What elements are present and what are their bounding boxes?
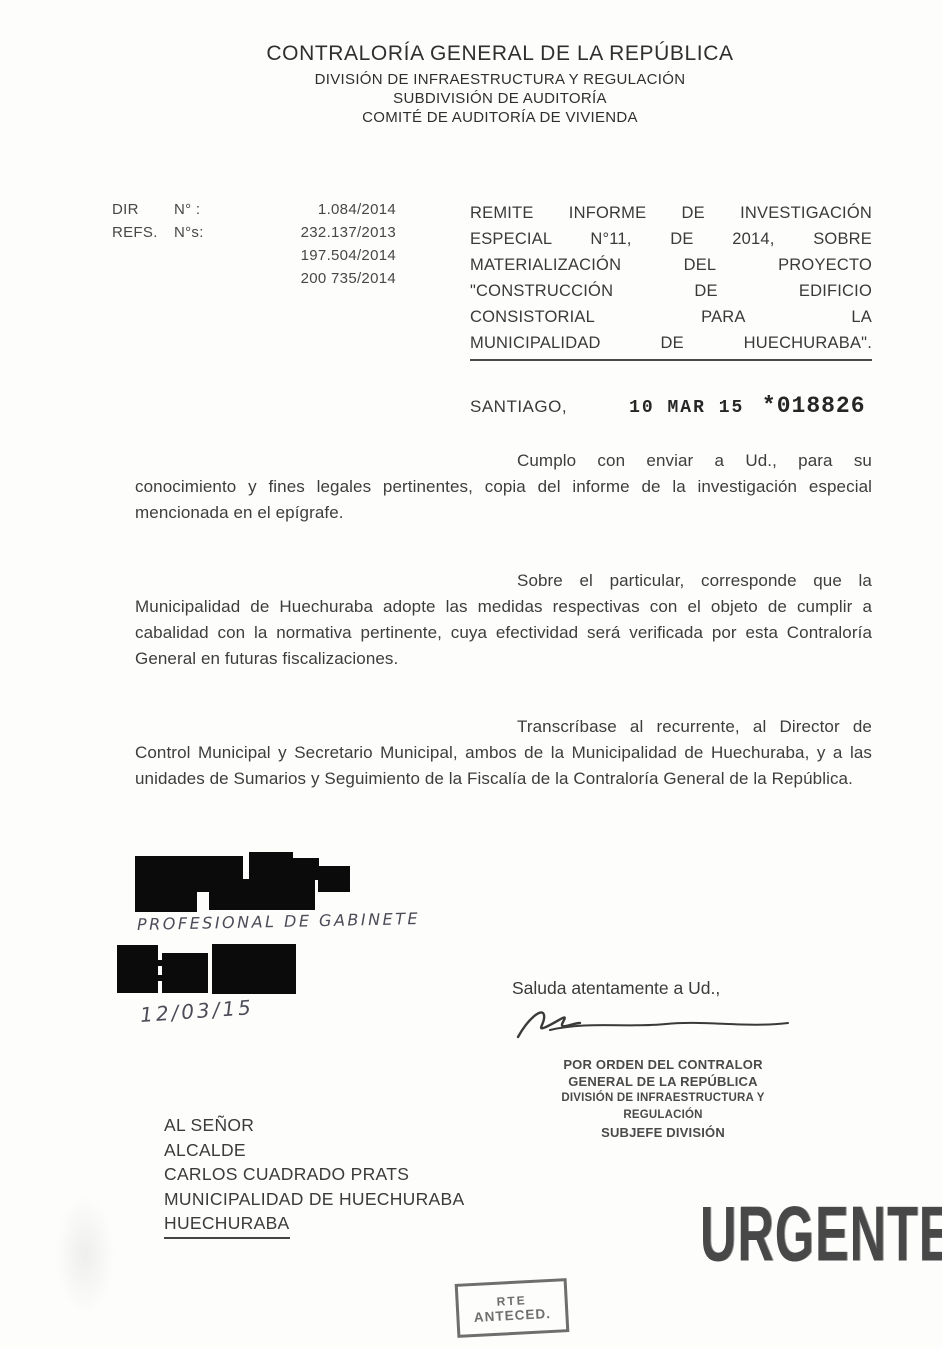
org-subdivision: SUBDIVISIÓN DE AUDITORÍA: [160, 89, 840, 108]
stamp-line: POR ORDEN DEL CONTRALOR: [528, 1056, 798, 1073]
ref-value: 197.504/2014: [234, 247, 396, 264]
ref-label: [112, 270, 174, 287]
org-division: DIVISIÓN DE INFRAESTRUCTURA Y REGULACIÓN: [160, 70, 840, 89]
scan-smudge: [55, 1195, 115, 1315]
ref-value: 1.084/2014: [234, 201, 396, 218]
ref-num-label: N°s:: [174, 224, 234, 241]
authority-stamp: POR ORDEN DEL CONTRALOR GENERAL DE LA RE…: [528, 1056, 798, 1141]
stamp-line: GENERAL DE LA REPÚBLICA: [528, 1073, 798, 1090]
ref-num-label: N° :: [174, 201, 234, 218]
signature-scribble: [508, 1003, 798, 1050]
letter-body: Cumplo con enviar a Ud., para su conocim…: [135, 448, 872, 834]
ref-value: 200 735/2014: [234, 270, 396, 287]
stamp-line: SUBJEFE DIVISIÓN: [528, 1124, 798, 1141]
ref-value: 232.137/2013: [234, 224, 396, 241]
stamp-number: *018826: [762, 393, 866, 419]
subject-line-underlined: MUNICIPALIDAD DE HUECHURABA".: [470, 330, 872, 361]
subject-line: ESPECIAL N°11, DE 2014, SOBRE: [470, 226, 872, 252]
paragraph-1: Cumplo con enviar a Ud., para su conocim…: [135, 448, 872, 526]
recipient-line: ALCALDE: [164, 1138, 464, 1163]
stamp-line: DIVISIÓN DE INFRAESTRUCTURA Y REGULACIÓN: [528, 1090, 798, 1124]
paragraph-2: Sobre el particular, corresponde que la …: [135, 568, 872, 672]
reference-block: DIR N° : 1.084/2014 REFS. N°s: 232.137/2…: [112, 201, 396, 287]
city-label: SANTIAGO,: [470, 397, 567, 417]
recipient-block: AL SEÑOR ALCALDE CARLOS CUADRADO PRATS M…: [164, 1113, 464, 1239]
ref-label: REFS.: [112, 224, 174, 241]
receipt-stamp: RTE ANTECED.: [455, 1278, 570, 1338]
urgent-stamp: URGENTE: [700, 1190, 942, 1280]
paragraph-3: Transcríbase al recurrente, al Director …: [135, 714, 872, 792]
letterhead: CONTRALORÍA GENERAL DE LA REPÚBLICA DIVI…: [160, 42, 840, 127]
subject-line: CONSISTORIAL PARA LA: [470, 304, 872, 330]
handwritten-role: PROFESIONAL DE GABINETE: [137, 909, 420, 934]
org-committee: COMITÉ DE AUDITORÍA DE VIVIENDA: [160, 108, 840, 127]
handwritten-date: 12/03/15: [139, 995, 254, 1027]
ref-label: [112, 247, 174, 264]
recipient-line: MUNICIPALIDAD DE HUECHURABA: [164, 1187, 464, 1212]
stamp-date: 10 MAR 15: [629, 398, 744, 418]
subject-line: MATERIALIZACIÓN DEL PROYECTO: [470, 252, 872, 278]
date-stamp: 10 MAR 15 *018826: [629, 393, 865, 419]
salutation: Saluda atentamente a Ud.,: [512, 978, 720, 999]
recipient-line: CARLOS CUADRADO PRATS: [164, 1162, 464, 1187]
recipient-city-underlined: HUECHURABA: [164, 1211, 290, 1239]
ref-num-label: [174, 247, 234, 264]
dateline: SANTIAGO, 10 MAR 15 *018826: [470, 393, 872, 419]
subject-line: "CONSTRUCCIÓN DE EDIFICIO: [470, 278, 872, 304]
org-title: CONTRALORÍA GENERAL DE LA REPÚBLICA: [160, 42, 840, 66]
scanned-letter-page: CONTRALORÍA GENERAL DE LA REPÚBLICA DIVI…: [0, 0, 942, 1348]
subject-line: REMITE INFORME DE INVESTIGACIÓN: [470, 200, 872, 226]
ref-label: DIR: [112, 201, 174, 218]
receipt-stamp-line: ANTECED.: [474, 1305, 552, 1324]
ref-num-label: [174, 270, 234, 287]
recipient-line: AL SEÑOR: [164, 1113, 464, 1138]
subject-block: REMITE INFORME DE INVESTIGACIÓN ESPECIAL…: [470, 200, 872, 361]
